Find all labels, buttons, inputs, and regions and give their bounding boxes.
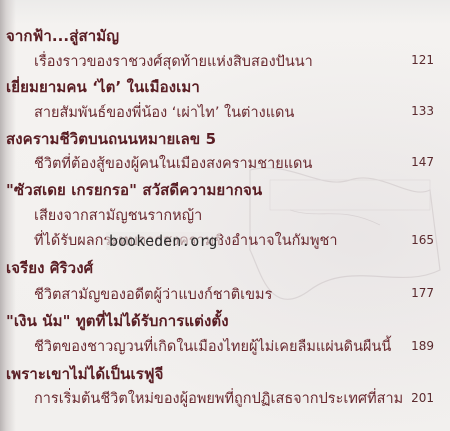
toc-entry-subtitle: สายสัมพันธ์ของพี่น้อง ‘เผ่าไท’ ในต่างแดน… [0, 101, 450, 125]
page-number: 133 [411, 104, 434, 118]
toc-entry-heading: "ซัวสเดย เกรยกรอ" สวัสดีความยากจน [0, 178, 450, 202]
toc-entry-subtitle: ที่ได้รับผลกระทบจากสงครามชิงอำนาจในกัมพู… [0, 229, 450, 253]
toc-entry-subtitle: การเริ่มต้นชีวิตใหม่ของผู้อพยพที่ถูกปฏิเ… [0, 387, 450, 411]
watermark-text: bookeden.org [106, 232, 220, 250]
toc-entry-heading: เจรียง ศิริวงศ์ [0, 256, 450, 280]
toc-entry-subtitle: ชีวิตที่ต้องสู้ของผู้คนในเมืองสงครามชายแ… [0, 152, 450, 176]
chapter-subtitle: ชีวิตสามัญของอดีตผู้ว่าแบงก์ชาติเขมร [34, 283, 272, 306]
chapter-title: "ซัวสเดย เกรยกรอ" สวัสดีความยากจน [6, 178, 262, 202]
toc-entry-heading: เยี่ยมยามคน ‘ไต’ ในเมืองเมา [0, 75, 450, 99]
chapter-subtitle: ชีวิตที่ต้องสู้ของผู้คนในเมืองสงครามชายแ… [34, 152, 312, 175]
chapter-title: จากฟ้า...สู่สามัญ [6, 24, 119, 48]
page-number: 177 [411, 286, 434, 300]
table-of-contents: จากฟ้า...สู่สามัญ เรื่องราวของราชวงศ์สุด… [0, 0, 450, 431]
chapter-title: เยี่ยมยามคน ‘ไต’ ในเมืองเมา [6, 75, 200, 99]
chapter-subtitle: การเริ่มต้นชีวิตใหม่ของผู้อพยพที่ถูกปฏิเ… [34, 387, 403, 410]
toc-entry-subtitle: ชีวิตของชาวญวนที่เกิดในเมืองไทยผู้ไม่เคย… [0, 335, 450, 359]
page-number: 189 [411, 339, 434, 353]
chapter-title: สงครามชีวิตบนถนนหมายเลข 5 [6, 127, 216, 151]
chapter-subtitle-line-1: เสียงจากสามัญชนรากหญ้า [34, 204, 202, 227]
toc-entry-heading: เพราะเขาไม่ได้เป็นเรฟูจี [0, 362, 450, 386]
page-number: 165 [411, 233, 434, 247]
page-number: 201 [411, 391, 434, 405]
toc-entry-heading: "เงิน นัม" ทูตที่ไม่ได้รับการแต่งตั้ง [0, 309, 450, 333]
book-page: จากฟ้า...สู่สามัญ เรื่องราวของราชวงศ์สุด… [0, 0, 450, 431]
chapter-subtitle: เรื่องราวของราชวงศ์สุดท้ายแห่งสิบสองปันน… [34, 50, 313, 73]
chapter-subtitle: สายสัมพันธ์ของพี่น้อง ‘เผ่าไท’ ในต่างแดน [34, 101, 294, 124]
toc-entry-subtitle: เรื่องราวของราชวงศ์สุดท้ายแห่งสิบสองปันน… [0, 50, 450, 74]
toc-entry-subtitle: เสียงจากสามัญชนรากหญ้า [0, 204, 450, 228]
toc-entry-subtitle: ชีวิตสามัญของอดีตผู้ว่าแบงก์ชาติเขมร 177 [0, 283, 450, 307]
chapter-title: เจรียง ศิริวงศ์ [6, 256, 93, 280]
chapter-title: เพราะเขาไม่ได้เป็นเรฟูจี [6, 362, 163, 386]
chapter-title: "เงิน นัม" ทูตที่ไม่ได้รับการแต่งตั้ง [6, 309, 229, 333]
page-number: 147 [411, 155, 434, 169]
chapter-subtitle: ชีวิตของชาวญวนที่เกิดในเมืองไทยผู้ไม่เคย… [34, 335, 391, 358]
toc-entry-heading: จากฟ้า...สู่สามัญ [0, 24, 450, 48]
page-number: 121 [411, 53, 434, 67]
toc-entry-heading: สงครามชีวิตบนถนนหมายเลข 5 [0, 127, 450, 151]
